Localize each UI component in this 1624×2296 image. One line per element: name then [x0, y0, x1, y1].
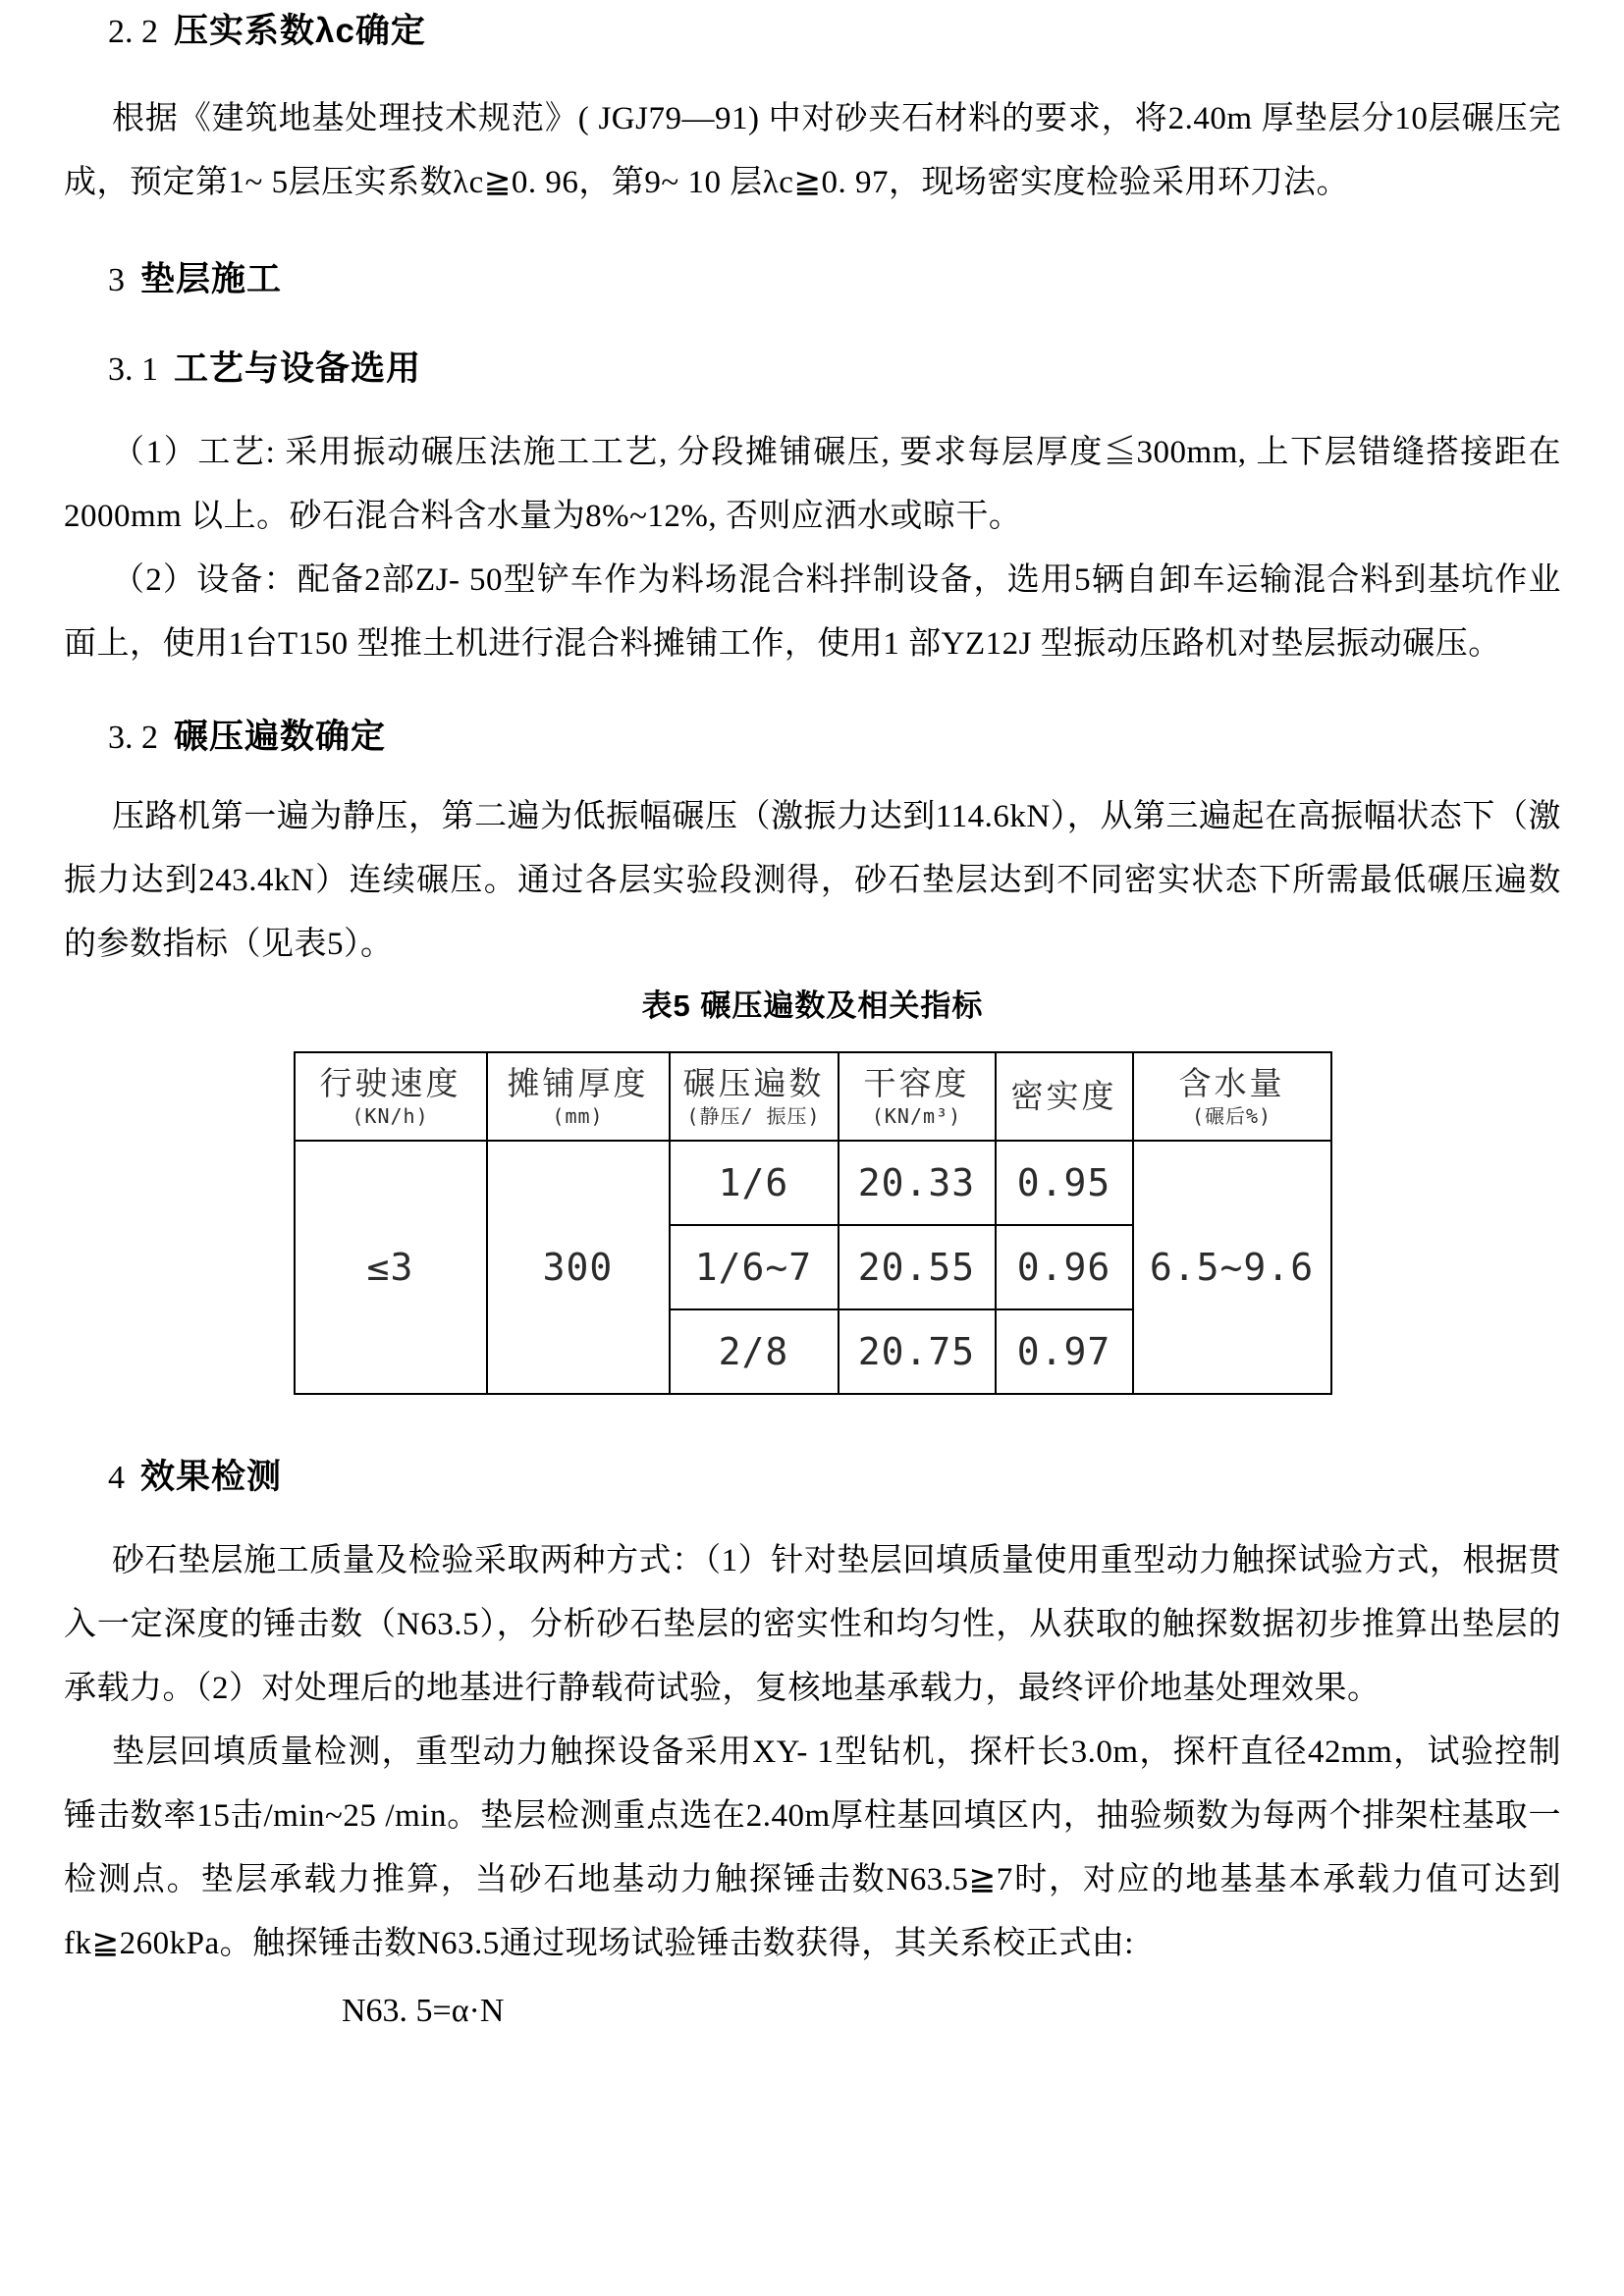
cell-compaction: 0.96 — [996, 1225, 1133, 1309]
col-header-label: 行驶速度 — [296, 1064, 486, 1103]
heading-number: 3. 1 — [108, 351, 158, 388]
col-header-driving-speed: 行驶速度 (KN/h) — [295, 1052, 487, 1141]
section-heading-2-2: 2. 2压实系数λc确定 — [108, 10, 1561, 60]
cell-dry-density: 20.33 — [839, 1141, 996, 1225]
table-rolling-passes-indicators: 行驶速度 (KN/h) 摊铺厚度 (mm) 碾压遍数 (静压/ 振压) 干容度 … — [294, 1051, 1332, 1395]
col-header-water-content: 含水量 (碾后%) — [1133, 1052, 1331, 1141]
paragraph-quality-inspection-detail: 垫层回填质量检测，重型动力触探设备采用XY- 1型钻机，探杆长3.0m，探杆直径… — [64, 1721, 1561, 1976]
cell-thickness: 300 — [487, 1141, 670, 1394]
heading-number: 3 — [108, 262, 125, 298]
paragraph-rolling-passes: 压路机第一遍为静压，第二遍为低振幅碾压（激振力达到114.6kN），从第三遍起在… — [64, 785, 1561, 977]
table-header-row: 行驶速度 (KN/h) 摊铺厚度 (mm) 碾压遍数 (静压/ 振压) 干容度 … — [295, 1052, 1331, 1141]
col-header-unit: (mm) — [488, 1103, 669, 1129]
col-header-label: 密实度 — [997, 1077, 1132, 1116]
cell-dry-density: 20.55 — [839, 1225, 996, 1309]
paragraph-compaction-coefficient: 根据《建筑地基处理技术规范》( JGJ79—91) 中对砂夹石材料的要求，将2.… — [64, 87, 1561, 215]
col-header-paving-thickness: 摊铺厚度 (mm) — [487, 1052, 670, 1141]
col-header-unit: (碾后%) — [1134, 1103, 1330, 1129]
heading-title: 工艺与设备选用 — [174, 349, 421, 388]
heading-number: 3. 2 — [108, 720, 158, 756]
heading-title: 垫层施工 — [140, 260, 282, 298]
cell-water-content: 6.5~9.6 — [1133, 1141, 1331, 1394]
col-header-unit: (KN/h) — [296, 1103, 486, 1129]
col-header-unit: (KN/m³) — [839, 1103, 995, 1129]
col-header-label: 摊铺厚度 — [488, 1064, 669, 1103]
heading-title: 碾压遍数确定 — [174, 718, 386, 756]
table-caption: 表5 碾压遍数及相关指标 — [64, 987, 1561, 1026]
col-header-compaction-degree: 密实度 — [996, 1052, 1133, 1141]
col-header-rolling-passes: 碾压遍数 (静压/ 振压) — [670, 1052, 839, 1141]
heading-number: 4 — [108, 1460, 125, 1496]
col-header-label: 含水量 — [1134, 1064, 1330, 1103]
col-header-label: 碾压遍数 — [671, 1064, 838, 1103]
heading-number: 2. 2 — [108, 14, 158, 50]
cell-dry-density: 20.75 — [839, 1309, 996, 1394]
paragraph-quality-inspection-intro: 砂石垫层施工质量及检验采取两种方式：（1）针对垫层回填质量使用重型动力触探试验方… — [64, 1529, 1561, 1721]
document-page: 2. 2压实系数λc确定 根据《建筑地基处理技术规范》( JGJ79—91) 中… — [0, 0, 1624, 2296]
cell-compaction: 0.97 — [996, 1309, 1133, 1394]
col-header-dry-density: 干容度 (KN/m³) — [839, 1052, 996, 1141]
table-row: ≤3 300 1/6 20.33 0.95 6.5~9.6 — [295, 1141, 1331, 1225]
section-heading-4: 4效果检测 — [108, 1456, 1561, 1506]
paragraph-process: （1）工艺: 采用振动碾压法施工工艺, 分段摊铺碾压, 要求每层厚度≦300mm… — [64, 421, 1561, 549]
section-heading-3: 3垫层施工 — [108, 258, 1561, 308]
cell-speed: ≤3 — [295, 1141, 487, 1394]
section-heading-3-2: 3. 2碾压遍数确定 — [108, 716, 1561, 766]
cell-passes: 2/8 — [670, 1309, 839, 1394]
heading-title: 效果检测 — [140, 1458, 282, 1496]
formula-n63-5: N63. 5=α·N — [342, 1990, 1561, 2033]
heading-title: 压实系数λc确定 — [174, 12, 426, 50]
cell-passes: 1/6~7 — [670, 1225, 839, 1309]
cell-passes: 1/6 — [670, 1141, 839, 1225]
section-heading-3-1: 3. 1工艺与设备选用 — [108, 347, 1561, 398]
col-header-label: 干容度 — [839, 1064, 995, 1103]
paragraph-equipment: （2）设备：配备2部ZJ- 50型铲车作为料场混合料拌制设备，选用5辆自卸车运输… — [64, 549, 1561, 676]
cell-compaction: 0.95 — [996, 1141, 1133, 1225]
col-header-unit: (静压/ 振压) — [671, 1103, 838, 1129]
